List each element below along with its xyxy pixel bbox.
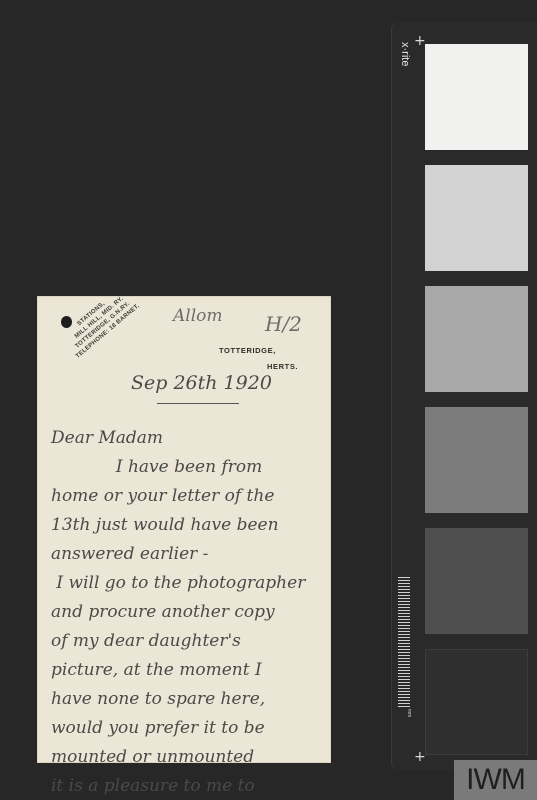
letter-line: answered earlier - (51, 540, 327, 569)
letter-page: STATIONS, MILL HILL, MID. RY. TOTTERIDGE… (37, 296, 331, 763)
letter-line: I have been from (51, 453, 327, 482)
date-underline (157, 403, 239, 404)
letter-date: Sep 26th 1920 (131, 372, 272, 394)
ruler-unit-label: mm (406, 709, 412, 717)
letter-line: picture, at the moment I (51, 656, 327, 685)
address-line-2: HERTS. (267, 362, 298, 371)
letter-line: it is a pleasure to me to (51, 772, 327, 800)
letterhead-stations: STATIONS, MILL HILL, MID. RY. TOTTERIDGE… (59, 272, 168, 375)
letter-line: and procure another copy (51, 598, 327, 627)
reference-name: Allom (173, 306, 223, 326)
gray-patch-4 (425, 407, 528, 513)
letter-line: Dear Madam (51, 424, 327, 453)
letter-line: mounted or unmounted (51, 743, 327, 772)
gray-patch-6 (425, 649, 528, 755)
gray-patch-2 (425, 165, 528, 271)
letter-line: 13th just would have been (51, 511, 327, 540)
xrite-logo: x·rite (398, 42, 412, 92)
letter-line: home or your letter of the (51, 482, 327, 511)
mm-ruler (398, 577, 410, 707)
letter-line: of my dear daughter's (51, 627, 327, 656)
reference-code: H/2 (265, 312, 302, 336)
gray-patch-1 (425, 44, 528, 150)
letter-line: would you prefer it to be (51, 714, 327, 743)
letter-body: Dear Madam I have been from home or your… (51, 424, 327, 800)
letter-line: have none to spare here, (51, 685, 327, 714)
iwm-watermark: IWM (454, 760, 537, 800)
registration-cross-icon: + (414, 34, 426, 48)
gray-patch-3 (425, 286, 528, 392)
registration-cross-icon: + (414, 750, 426, 764)
brand-label: x·rite (399, 42, 411, 66)
gray-patch-5 (425, 528, 528, 634)
letter-line: I will go to the photographer (51, 569, 327, 598)
address-line-1: TOTTERIDGE, (219, 346, 276, 355)
